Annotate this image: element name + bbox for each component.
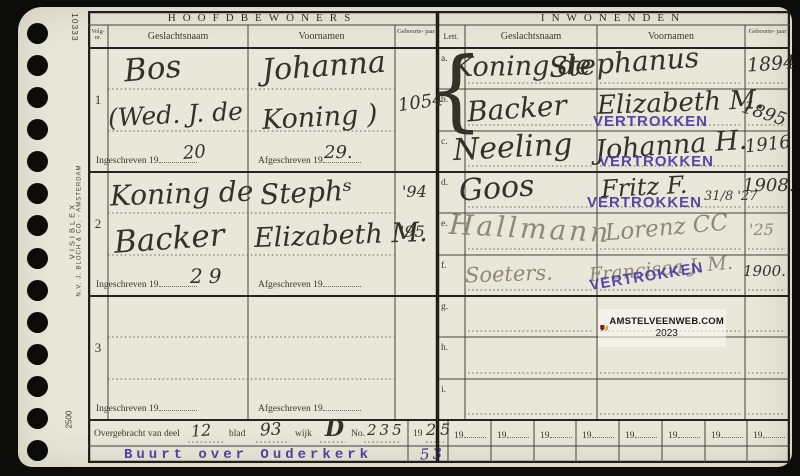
watermark-site: AMSTELVEENWEB.COM bbox=[609, 316, 724, 328]
entry-geboortejaar: 1894 bbox=[746, 53, 796, 75]
year-cell: 19 bbox=[711, 428, 743, 441]
overgebracht-row: Overgebracht van deel 12 blad 93 wijk D … bbox=[88, 420, 790, 446]
punch-hole bbox=[27, 312, 48, 333]
row-letter: g. bbox=[441, 302, 448, 312]
ingeschreven-text: Ingeschreven 19 bbox=[96, 156, 159, 166]
hoofdbewoner-row: 2 Koning de Backer Stephˢ Elizabeth M. '… bbox=[88, 172, 437, 296]
no-value: 235 bbox=[367, 423, 405, 438]
afgeschreven-text: Afgeschreven 19 bbox=[258, 156, 323, 166]
punch-hole bbox=[27, 344, 48, 365]
inwonende-row: e. Hallmann Lorenz CC '25 bbox=[437, 213, 790, 255]
column-header-geslachtsnaam-left: Geslachtsnaam bbox=[108, 25, 248, 48]
registration-card: 10333 VISIBLEX N.V. J. BLOCH & CO. - AMS… bbox=[18, 7, 792, 467]
year-cell: 19 bbox=[540, 428, 572, 441]
year-cell-label: 19 bbox=[582, 431, 592, 441]
ruling bbox=[323, 277, 361, 287]
year-cell-label: 19 bbox=[497, 431, 507, 441]
entry-geboortejaar: '94 bbox=[402, 184, 427, 200]
amstelveen-crest-icon bbox=[600, 315, 609, 341]
overgebracht-label: Overgebracht van deel bbox=[94, 429, 180, 439]
section-title-hoofdbewoners: HOOFDBEWONERS bbox=[88, 11, 437, 25]
entry-geboortejaar: '25 bbox=[749, 222, 774, 238]
entry-geboortejaar: 1916 bbox=[744, 134, 791, 157]
punch-hole bbox=[27, 215, 48, 236]
year-cell-label: 19 bbox=[753, 431, 763, 441]
punch-hole bbox=[27, 23, 48, 44]
vertrokken-stamp: VERTROKKEN bbox=[599, 153, 714, 170]
entry-geslachtsnaam: Bos bbox=[123, 52, 183, 88]
afgeschreven-text: Afgeschreven 19 bbox=[258, 404, 323, 414]
year-cell-label: 19 bbox=[711, 431, 721, 441]
row-letter: f. bbox=[441, 261, 447, 271]
ruling bbox=[763, 428, 785, 438]
entry-geslachtsnaam: (Wed. J. de bbox=[107, 98, 243, 130]
inwonende-row: d. Goos Fritz F. VERTROKKEN31/8 '27 1908… bbox=[437, 172, 790, 213]
ruling bbox=[721, 428, 743, 438]
afgeschreven-text: Afgeschreven 19 bbox=[258, 280, 323, 290]
hoofdbewoner-row: 1 Bos (Wed. J. de Johanna Koning ) 1054 … bbox=[88, 48, 437, 172]
afgeschreven-value: 29. bbox=[324, 144, 353, 162]
entry-voornamen: Koning ) bbox=[261, 101, 378, 134]
printer-address: N.V. J. BLOCH & CO. - AMSTERDAM bbox=[77, 146, 83, 316]
entry-geslachtsnaam: Soeters. bbox=[465, 262, 554, 286]
watermark: AMSTELVEENWEB.COM 2023 bbox=[598, 309, 726, 347]
year-cell-label: 19 bbox=[668, 431, 678, 441]
register-table: HOOFDBEWONERS INWONENDEN Volg- nr. Gesla… bbox=[88, 11, 790, 463]
vertrokken-text: VERTROKKEN bbox=[587, 194, 702, 211]
ingeschreven-text: Ingeschreven 19 bbox=[96, 280, 159, 290]
afgeschreven-label: Afgeschreven 19 bbox=[258, 401, 361, 414]
row-letter: i. bbox=[441, 385, 446, 395]
punch-hole bbox=[27, 55, 48, 76]
punch-hole bbox=[27, 408, 48, 429]
year-cell-label: 19 bbox=[540, 431, 550, 441]
hoofdbewoner-row: 3 Ingeschreven 19 Afgeschreven 19 bbox=[88, 296, 437, 420]
inwonende-row: f. Soeters. Francisca J. M. VERTROKKEN 1… bbox=[437, 255, 790, 296]
ingeschreven-value: 29 bbox=[190, 266, 227, 286]
inwonende-row: i. bbox=[437, 379, 790, 420]
card-stock-number: 2500 bbox=[65, 405, 74, 435]
punch-hole bbox=[27, 151, 48, 172]
row-number: 1 bbox=[88, 92, 108, 108]
no-label: No. bbox=[351, 429, 365, 439]
buurt-stamp: Buurt over Ouderkerk bbox=[124, 447, 372, 463]
entry-voornamen: Stephanus bbox=[548, 44, 700, 82]
printer-imprint: VISIBLEX N.V. J. BLOCH & CO. - AMSTERDAM bbox=[68, 146, 83, 316]
ruling bbox=[635, 428, 657, 438]
punch-hole bbox=[27, 183, 48, 204]
inwonende-row: a. Koning de Stephanus 1894 bbox=[437, 48, 790, 89]
ruling bbox=[550, 428, 572, 438]
row-letter: h. bbox=[441, 343, 448, 353]
punch-hole bbox=[27, 440, 48, 461]
ruling bbox=[507, 428, 529, 438]
ruling bbox=[464, 428, 486, 438]
watermark-text: AMSTELVEENWEB.COM 2023 bbox=[609, 316, 724, 340]
column-header-geboortejaar-right: Geboorte- jaar bbox=[745, 25, 790, 48]
ruling bbox=[159, 401, 197, 411]
row-letter: e. bbox=[441, 219, 448, 229]
entry-voornamen: Johanna bbox=[261, 48, 387, 87]
ingeschreven-text: Ingeschreven 19 bbox=[96, 404, 159, 414]
buurt-number: 53 bbox=[420, 446, 446, 462]
vertrokken-stamp: VERTROKKEN bbox=[593, 113, 708, 130]
punch-hole bbox=[27, 280, 48, 301]
year-cell: 19 bbox=[582, 428, 614, 441]
ruling bbox=[323, 401, 361, 411]
row-letter: d. bbox=[441, 178, 448, 188]
entry-voornamen: Stephˢ bbox=[259, 177, 353, 210]
ingeschreven-value: 20 bbox=[182, 143, 206, 163]
blad-value: 93 bbox=[260, 421, 283, 439]
year-cell-label: 19 bbox=[454, 431, 464, 441]
punch-hole bbox=[27, 248, 48, 269]
year-cell-label: 19 bbox=[625, 431, 635, 441]
row-number: 2 bbox=[88, 216, 108, 232]
row-number: 3 bbox=[88, 340, 108, 356]
entry-geslachtsnaam: Hallmann bbox=[448, 211, 612, 247]
entry-geslachtsnaam: Goos bbox=[458, 171, 535, 206]
ingeschreven-label: Ingeschreven 19 bbox=[96, 153, 197, 166]
year-prefix: 19 bbox=[413, 429, 423, 439]
year-cell: 19 bbox=[668, 428, 700, 441]
buurt-stamp-row: Buurt over Ouderkerk 53 bbox=[88, 446, 790, 463]
deel-value: 12 bbox=[190, 422, 211, 439]
ruling bbox=[678, 428, 700, 438]
year-cell: 19 bbox=[497, 428, 529, 441]
section-title-inwonenden: INWONENDEN bbox=[437, 11, 790, 25]
watermark-year: 2023 bbox=[609, 328, 724, 341]
year-cell: 19 bbox=[753, 428, 785, 441]
ruling bbox=[592, 428, 614, 438]
wijk-label: wijk bbox=[295, 429, 312, 439]
vertrokken-stamp: VERTROKKEN31/8 '27 bbox=[587, 194, 755, 211]
card-serial-number: 10333 bbox=[70, 13, 80, 42]
inwonende-row: c. Neeling Johanna H. VERTROKKEN 1916 bbox=[437, 131, 790, 172]
column-header-geslachtsnaam-right: Geslachtsnaam bbox=[465, 25, 597, 48]
column-header-volgnr: Volg- nr. bbox=[88, 25, 108, 48]
entry-voornamen: Lorenz CC bbox=[604, 212, 729, 246]
year-cell: 19 bbox=[454, 428, 486, 441]
entry-geslachtsnaam: Backer bbox=[113, 220, 225, 259]
entry-geslachtsnaam: Koning de bbox=[110, 178, 254, 211]
entry-geboortejaar: 1895 bbox=[739, 98, 788, 129]
afgeschreven-label: Afgeschreven 19 bbox=[258, 277, 361, 290]
entry-geboortejaar: 1900. bbox=[743, 264, 786, 279]
entry-geboortejaar: '95 bbox=[400, 224, 425, 240]
ingeschreven-label: Ingeschreven 19 bbox=[96, 401, 197, 414]
year-value: 25 bbox=[426, 422, 454, 438]
year-cell: 19 bbox=[625, 428, 657, 441]
wijk-value: D bbox=[325, 418, 344, 440]
punch-hole bbox=[27, 87, 48, 108]
entry-geboortejaar: 1908. bbox=[743, 177, 795, 195]
punch-hole bbox=[27, 119, 48, 140]
ingeschreven-label: Ingeschreven 19 bbox=[96, 277, 197, 290]
brace-mark: { bbox=[428, 50, 484, 130]
punch-hole bbox=[27, 376, 48, 397]
blad-label: blad bbox=[229, 429, 245, 439]
printer-brand: VISIBLEX bbox=[68, 146, 77, 316]
